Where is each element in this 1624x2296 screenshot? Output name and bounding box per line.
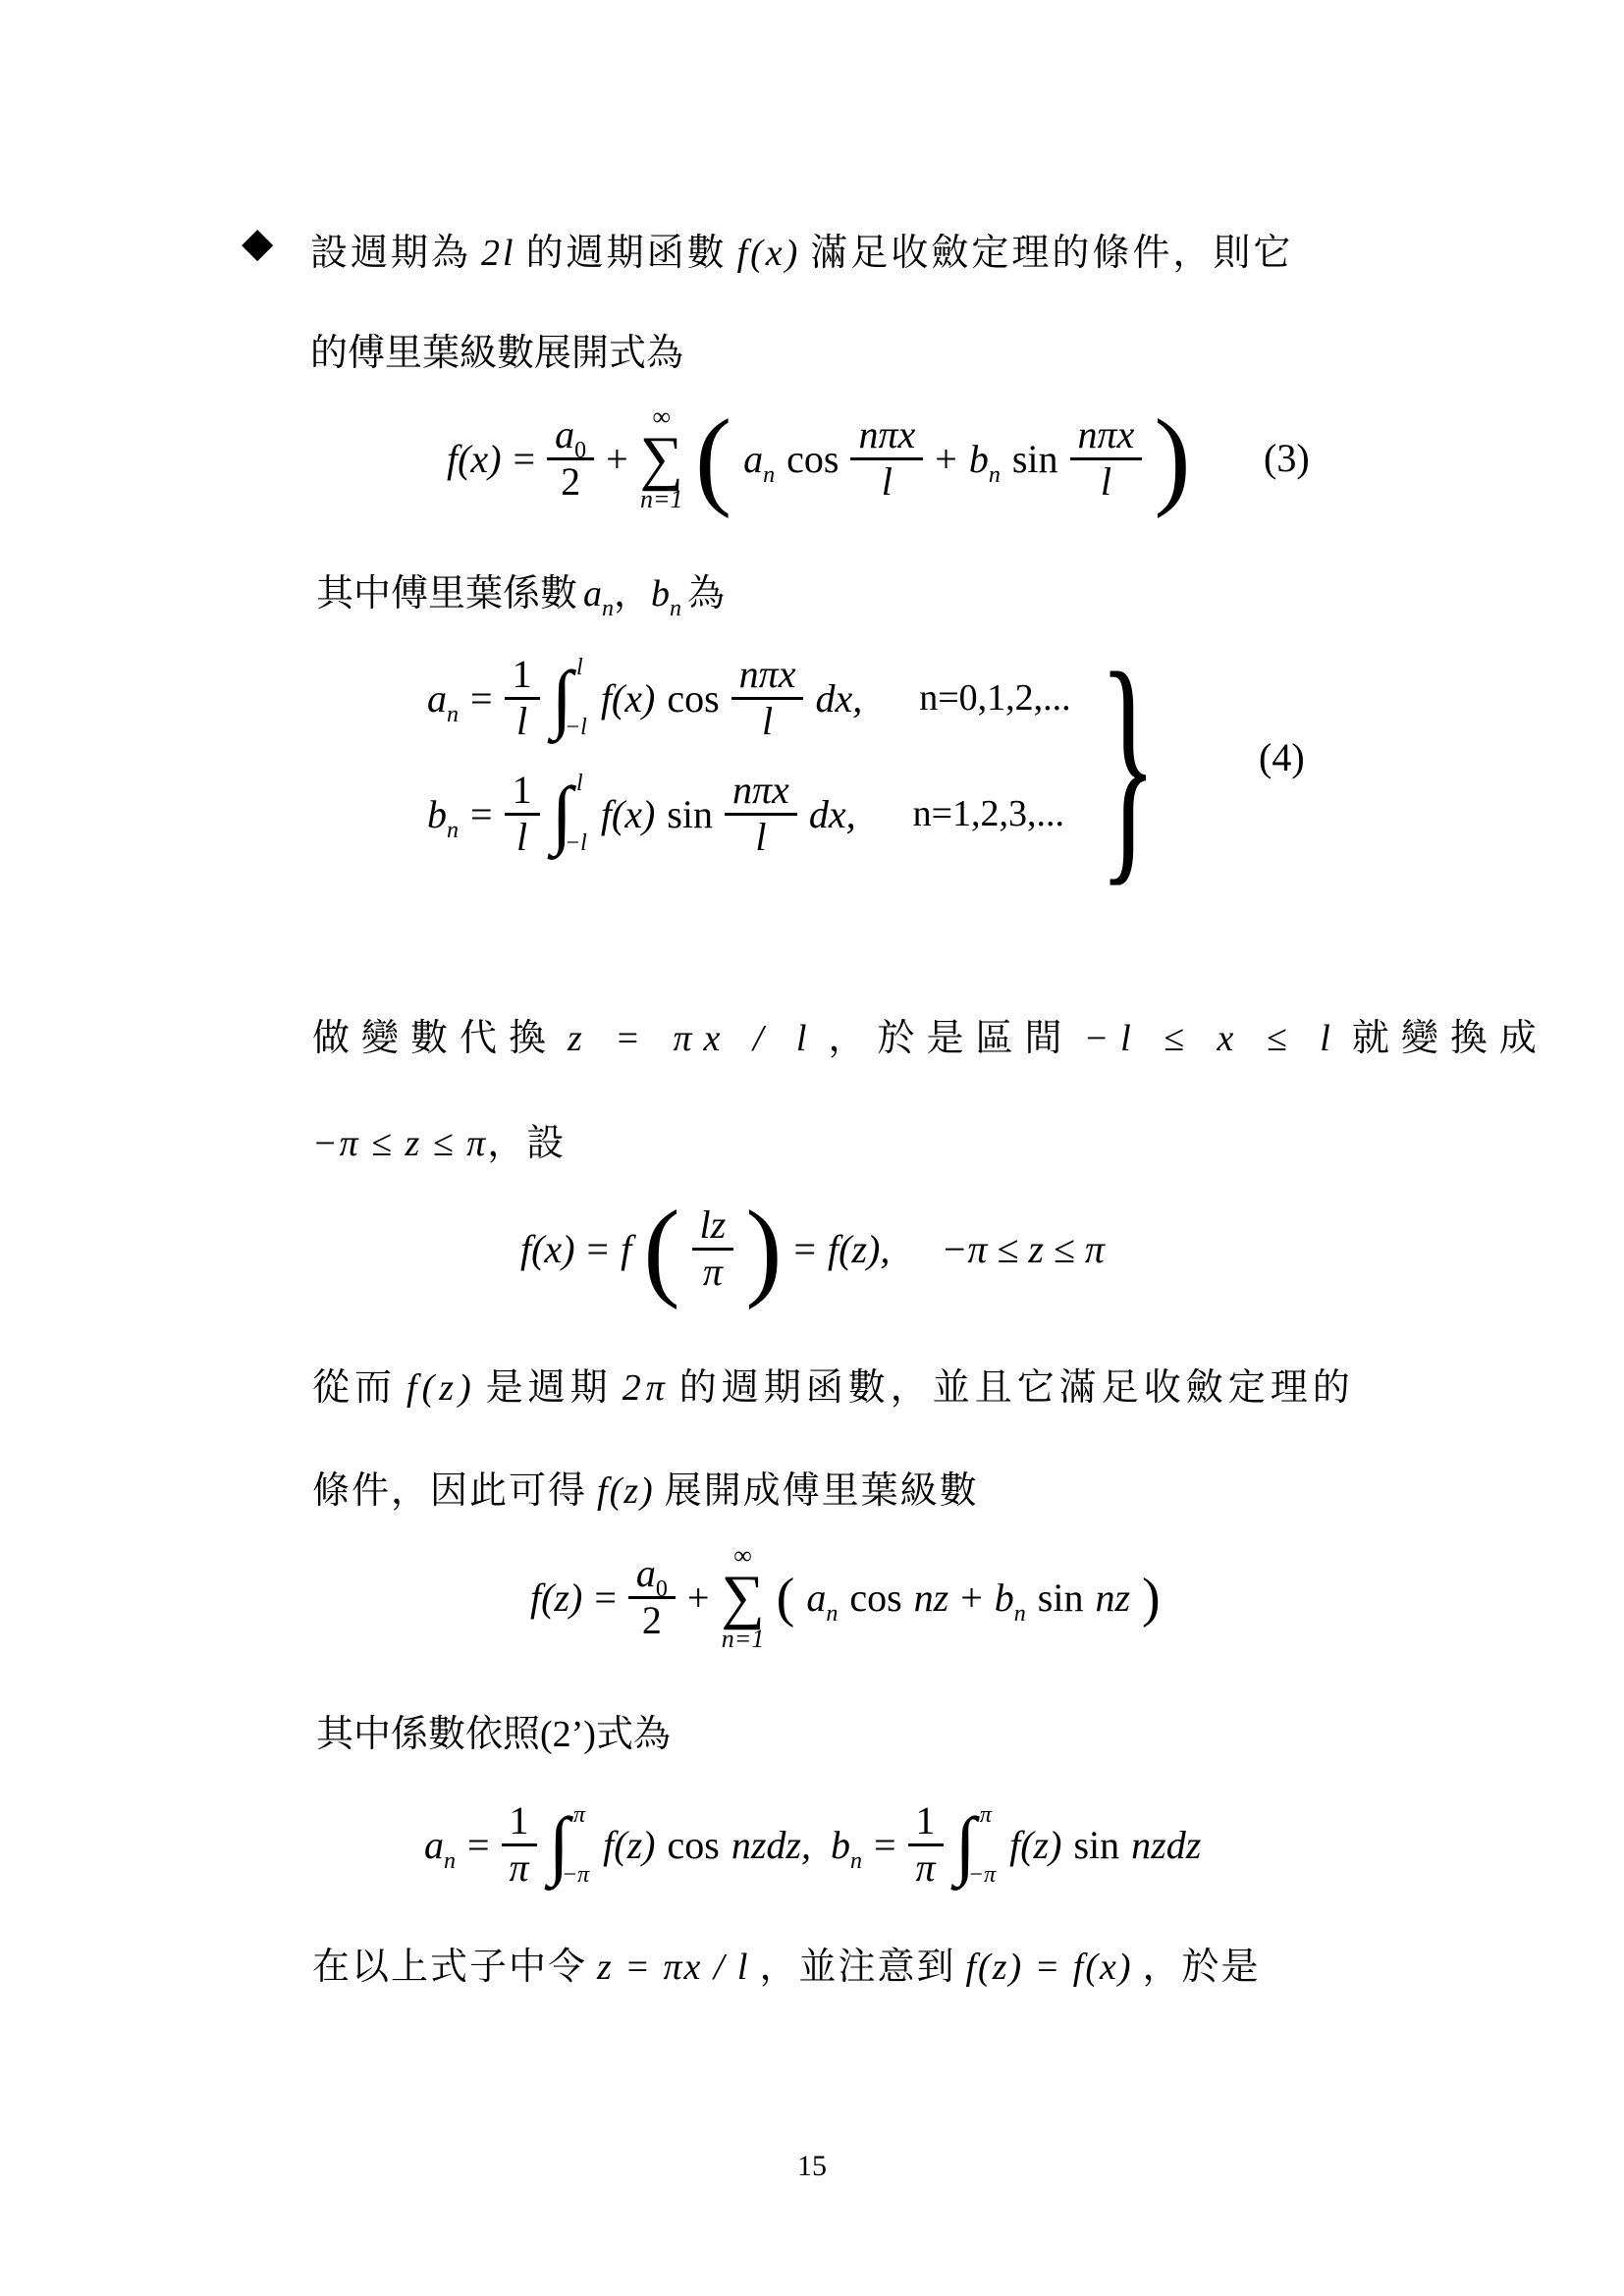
denominator-2: 2 [557, 460, 584, 505]
para1-line1-text1: 設週期為 [310, 233, 471, 274]
math-b: b [969, 437, 989, 481]
right-curly-brace: } [1099, 566, 1157, 962]
denominator-l: l [513, 816, 531, 860]
math-a: a [636, 1551, 656, 1595]
subscript-n: n [763, 462, 775, 488]
fraction-lz-over-pi: lz π [692, 1203, 734, 1295]
math-fx: f(x) [520, 1226, 575, 1272]
integral: ∫ l−l [552, 655, 589, 741]
equals-sign: = [874, 1822, 896, 1868]
math-b: b [651, 573, 670, 614]
sin-function: sin [1012, 436, 1058, 482]
para4-line1-text1: 從而 [312, 1367, 397, 1409]
numerator-npx: nπx [1070, 413, 1143, 460]
math-nzdz: nzdz [1131, 1822, 1201, 1868]
numerator-lz: lz [692, 1203, 734, 1251]
integral: ∫ l−l [552, 771, 589, 857]
plus-sign: + [935, 436, 957, 482]
subscript-n: n [826, 1601, 838, 1627]
para3-line2-text: ，設 [487, 1123, 566, 1164]
equals-sign: = [470, 791, 493, 837]
para4-line1-text3: 的週期函數，並且它滿足收斂定理的 [679, 1367, 1355, 1409]
integral-lower-limit: −π [562, 1862, 589, 1889]
integral-upper-limit: π [980, 1802, 1007, 1829]
fraction-1-over-l: 1 l [505, 769, 540, 860]
equals-sign: = [587, 1226, 610, 1272]
para3-line1: 做變數代換z = πx / l，於是區間−l ≤ x ≤ l就變換成 [312, 1007, 1548, 1061]
math-fz-equals-fx: f(z) = f(x) [965, 1947, 1132, 1988]
bullet-diamond-icon: ◆ [242, 218, 273, 266]
math-fz: f(z), [828, 1226, 890, 1272]
sum-lower-limit: n=1 [640, 487, 683, 512]
para4-line1-text2: 是週期 [486, 1367, 613, 1409]
para6-text1: 在以上式子中令 [312, 1947, 587, 1988]
math-fz: f(z) [530, 1575, 582, 1621]
sum-lower-limit: n=1 [722, 1627, 765, 1652]
numerator-1: 1 [505, 769, 540, 816]
math-b: b [427, 792, 447, 836]
integral-upper-limit: π [573, 1802, 601, 1829]
para2-text2: 為 [687, 573, 725, 614]
page-number: 15 [797, 2150, 827, 2183]
para5: 其中係數依照(2’)式為 [316, 1703, 671, 1757]
math-a: a [424, 1823, 444, 1867]
formula-3-label: (3) [1264, 435, 1310, 481]
subscript-n: n [447, 818, 459, 843]
para4-line1: 從而f(z)是週期2π的週期函數，並且它滿足收斂定理的 [312, 1357, 1355, 1411]
numerator-npx: nπx [850, 413, 923, 460]
plus-sign: + [687, 1575, 710, 1621]
numerator-1: 1 [502, 1799, 537, 1846]
subscript-n: n [1014, 1601, 1026, 1627]
formula-coefficients-z: an = 1 π ∫ π−π f(z) cos nzdz, bn = 1 π ∫… [424, 1789, 1201, 1901]
fraction-npx-over-l: nπx l [731, 653, 804, 744]
summation-symbol: ∞ ∑ n=1 [721, 1543, 764, 1652]
para3-line1-text2: ，於是區間 [828, 1018, 1073, 1059]
para4-line2: 條件，因此可得f(z)展開成傅里葉級數 [312, 1460, 979, 1514]
fraction-npx-over-l: nπx l [1070, 413, 1143, 505]
denominator-l: l [1097, 460, 1115, 505]
formula-4-row-bn: bn = 1 l ∫ l−l f(x) sin nπx l dx, n=1,2,… [427, 756, 1071, 872]
para6-text2: ，並注意到 [759, 1947, 955, 1988]
para3-line1-text1: 做變數代換 [312, 1018, 558, 1059]
sin-function: sin [667, 791, 713, 837]
numerator-npx: nπx [731, 653, 804, 700]
denominator-l: l [758, 700, 777, 744]
integral-lower-limit: −π [968, 1862, 996, 1889]
math-a: a [743, 437, 763, 481]
math-fz: f(z) [406, 1367, 476, 1409]
sin-function: sin [1038, 1575, 1084, 1621]
denominator-2: 2 [638, 1599, 666, 1643]
denominator-l: l [513, 700, 531, 744]
para2: 其中傅里葉係數an，bn為 [316, 562, 725, 616]
subscript-n: n [447, 702, 459, 727]
equals-sign: = [594, 1575, 617, 1621]
math-interval-z: −π ≤ z ≤ π [312, 1123, 487, 1164]
math-dx: dx, [815, 675, 862, 721]
condition-n-values: n=0,1,2,... [919, 676, 1070, 720]
condition-n-values: n=1,2,3,... [913, 792, 1064, 835]
subscript-n: n [444, 1848, 456, 1874]
math-nz: nz [1095, 1575, 1130, 1621]
math-2pi: 2π [623, 1367, 670, 1409]
para4-line2-text1: 條件，因此可得 [312, 1470, 587, 1512]
para1-line1: 設週期為2l的週期函數f(x)滿足收斂定理的條件，則它 [310, 222, 1293, 276]
integral: ∫ π−π [549, 1802, 592, 1889]
para1-line1-text3: 滿足收斂定理的條件，則它 [810, 233, 1293, 274]
math-dx: dx, [809, 791, 856, 837]
formula-3: f(x) = a0 2 + ∞ ∑ n=1 ( an cos nπx l + b… [447, 391, 1191, 526]
fraction-npx-over-l: nπx l [850, 413, 923, 505]
denominator-pi: π [506, 1846, 533, 1891]
equals-sign: = [514, 436, 536, 482]
integral-lower-limit: −l [565, 715, 587, 741]
math-z-equals-pix-over-l: z = πx / l [597, 1947, 749, 1988]
math-nz: nz [914, 1575, 949, 1621]
cos-function: cos [849, 1575, 901, 1621]
para3-line2: −π ≤ z ≤ π，設 [312, 1112, 566, 1166]
math-nzdz: nzdz, [731, 1822, 811, 1868]
equals-sign: = [467, 1822, 490, 1868]
math-b: b [831, 1823, 850, 1867]
cos-function: cos [667, 675, 719, 721]
para2-text1: 其中傅里葉係數 [316, 573, 577, 614]
math-a: a [583, 573, 602, 614]
equals-sign: = [793, 1226, 816, 1272]
document-page: ◆ 設週期為2l的週期函數f(x)滿足收斂定理的條件，則它 的傅里葉級數展開式為… [0, 0, 1624, 2296]
integral-upper-limit: l [576, 771, 599, 797]
formula-substitution: f(x) = f ( lz π ) = f(z), −π ≤ z ≤ π [520, 1183, 1105, 1315]
math-fx: f(x) [601, 675, 656, 721]
plus-sign: + [606, 436, 628, 482]
fraction-npx-over-l: nπx l [725, 769, 797, 860]
subscript-n: n [850, 1848, 862, 1874]
sin-function: sin [1073, 1822, 1119, 1868]
math-a: a [427, 676, 447, 721]
formula-4-row-an: an = 1 l ∫ l−l f(x) cos nπx l dx, n=0,1,… [427, 640, 1071, 756]
para1-line2: 的傅里葉級數展開式為 [310, 322, 683, 376]
subscript-n: n [989, 462, 1001, 488]
sigma-icon: ∑ [721, 1569, 764, 1627]
formula-fz-series: f(z) = a0 2 + ∞ ∑ n=1 ( an cos nz + bn s… [530, 1531, 1161, 1664]
numerator-npx: nπx [725, 769, 797, 816]
math-fx: f(x) [447, 436, 502, 482]
math-f: f [621, 1226, 631, 1272]
numerator-1: 1 [505, 653, 540, 700]
math-b: b [995, 1575, 1014, 1620]
math-fz: f(z) [597, 1470, 655, 1512]
sigma-icon: ∑ [640, 430, 683, 488]
math-fx: f(x) [601, 791, 656, 837]
para1-line1-text2: 的週期函數 [526, 233, 728, 274]
integral-lower-limit: −l [565, 830, 587, 857]
fraction-1-over-l: 1 l [505, 653, 540, 744]
math-a: a [806, 1575, 826, 1620]
math-a: a [555, 412, 574, 456]
integral-upper-limit: l [576, 655, 599, 681]
equals-sign: = [470, 675, 493, 721]
math-fx: f(x) [737, 233, 801, 274]
denominator-l: l [878, 460, 896, 505]
cos-function: cos [667, 1822, 719, 1868]
para4-line2-text2: 展開成傅里葉級數 [665, 1470, 979, 1512]
integral: ∫ π−π [955, 1802, 999, 1889]
subscript-n: n [602, 596, 614, 621]
plus-sign: + [960, 1575, 983, 1621]
fraction-a0-over-2: a0 2 [628, 1552, 676, 1643]
denominator-pi: π [699, 1251, 727, 1295]
formula-4-label: (4) [1259, 734, 1305, 780]
fraction-1-over-pi: 1 π [908, 1799, 944, 1891]
para3-line1-text3: 就變換成 [1352, 1018, 1548, 1059]
denominator-l: l [751, 816, 770, 860]
numerator-1: 1 [908, 1799, 944, 1846]
cos-function: cos [786, 436, 839, 482]
subscript-n: n [670, 596, 681, 621]
math-z-equals-pix-over-l: z = πx / l [568, 1018, 818, 1059]
denominator-pi: π [911, 1846, 939, 1891]
summation-symbol: ∞ ∑ n=1 [640, 404, 683, 513]
fraction-1-over-pi: 1 π [502, 1799, 537, 1891]
math-fz: f(z) [603, 1822, 655, 1868]
para6-text3: ，於是 [1143, 1947, 1261, 1988]
math-interval-x: −l ≤ x ≤ l [1083, 1018, 1341, 1059]
para6: 在以上式子中令z = πx / l，並注意到f(z) = f(x)，於是 [312, 1936, 1261, 1990]
fraction-a0-over-2: a0 2 [547, 413, 594, 505]
formula-4: an = 1 l ∫ l−l f(x) cos nπx l dx, n=0,1,… [427, 640, 1071, 872]
math-fz: f(z) [1009, 1822, 1061, 1868]
math-interval-z: −π ≤ z ≤ π [941, 1226, 1105, 1272]
math-2l: 2l [481, 233, 516, 274]
para2-comma: ， [614, 573, 651, 614]
